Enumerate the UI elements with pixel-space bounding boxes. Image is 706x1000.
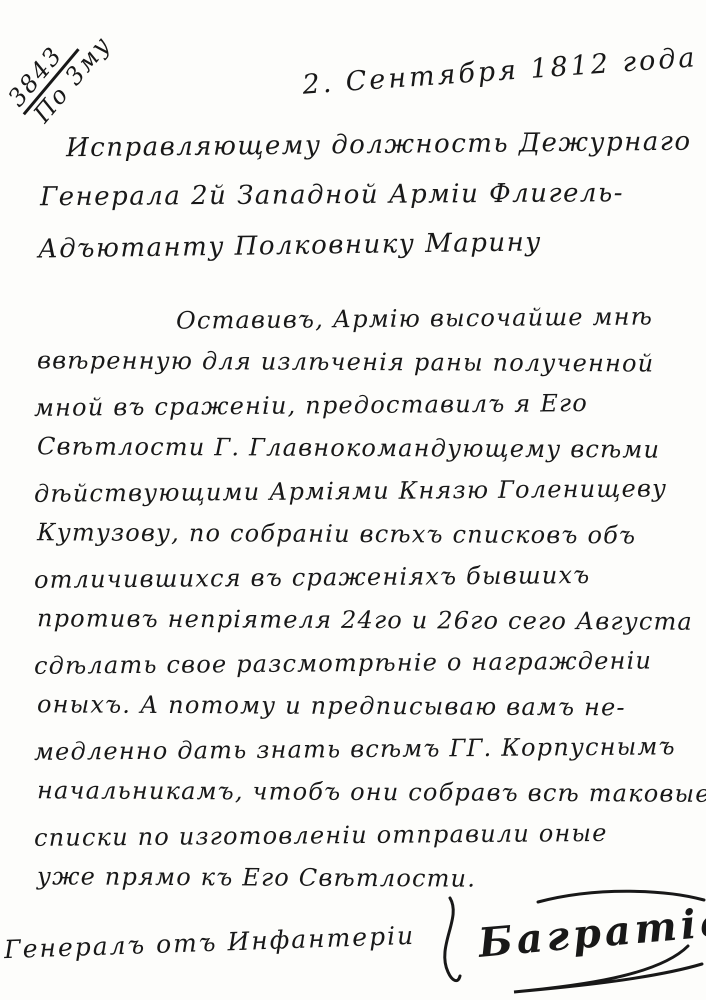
body-line: уже прямо къ Его Свѣтлости. (37, 855, 694, 901)
body-line: дѣйствующими Арміями Князю Голенищеву (34, 467, 694, 516)
address-line: Генерала 2й Западной Арміи Флигель- (40, 168, 678, 222)
body-line: Кутузову, по собраніи всѣхъ списковъ объ (37, 511, 694, 557)
address-line: Исправляющему должность Дежурнаго (66, 117, 678, 173)
body-line: медленно дать знать всѣмъ ГГ. Корпуснымъ (34, 725, 694, 774)
signature-rank-title: Генералъ отъ Инфантеріи (4, 921, 416, 964)
letter-body: Оставивъ, Армію высочайше мнѣ ввѣренную … (34, 298, 694, 900)
body-line: начальникамъ, чтобъ они собравъ всѣ тако… (37, 769, 694, 815)
signature-name: Багратіонъ (477, 892, 706, 967)
body-line: оныхъ. А потому и предписываю вамъ не- (37, 683, 694, 729)
body-line: ввѣренную для излѣченія раны полученной (37, 339, 694, 385)
body-line: мной въ сраженіи, предоставилъ я Его (34, 381, 694, 430)
registry-annotation: 3843 По 3му (2, 12, 116, 132)
address-block: Исправляющему должность Дежурнаго Генера… (38, 120, 678, 270)
body-line: противъ непріятеля 24го и 26го сего Авгу… (37, 597, 694, 643)
body-line: Оставивъ, Армію высочайше мнѣ (34, 295, 694, 344)
body-line: отличившихся въ сраженіяхъ бывшихъ (34, 553, 694, 602)
body-line: списки по изготовленіи отправили оные (34, 811, 694, 860)
address-line: Адъютанту Полковнику Марину (38, 216, 679, 275)
date-line: 2. Сентября 1812 года (302, 42, 699, 101)
scanned-letter-page: 3843 По 3му 2. Сентября 1812 года Исправ… (0, 0, 706, 1000)
body-line: Свѣтлости Г. Главнокомандующему всѣми (37, 425, 694, 471)
body-line: сдѣлать свое разсмотрѣніе о награжденіи (34, 639, 694, 688)
